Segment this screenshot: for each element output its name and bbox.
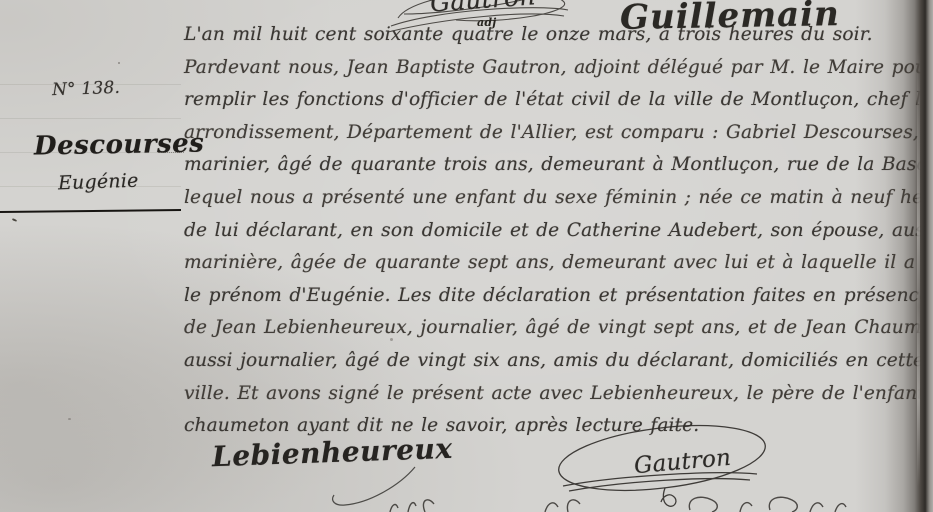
act-line: de Jean Lebienheureux, journalier, âgé d… <box>184 312 924 345</box>
ink-speck <box>390 338 393 341</box>
margin-ruled-line <box>0 118 181 119</box>
ink-speck <box>12 218 17 222</box>
act-line: arrondissement, Département de l'Allier,… <box>184 117 924 150</box>
act-line: lequel nous a présenté une enfant du sex… <box>184 182 924 215</box>
act-line: marinière, âgée de quarante sept ans, de… <box>184 247 924 280</box>
margin-dotted-line <box>158 152 184 153</box>
margin-surname: Descourses <box>34 129 205 162</box>
act-line: de lui déclarant, en son domicile et de … <box>184 215 924 248</box>
act-number: N° 138. <box>52 78 121 100</box>
next-act-partial-line <box>330 494 890 512</box>
ink-speck <box>68 418 71 420</box>
act-line: remplir les fonctions d'officier de l'ét… <box>184 84 924 117</box>
act-line: marinier, âgé de quarante trois ans, dem… <box>184 149 924 182</box>
margin-divider-line <box>0 209 181 213</box>
act-line: ville. Et avons signé le présent acte av… <box>184 378 924 411</box>
ink-speck <box>118 62 120 64</box>
registry-scan-page: N° 138. Descourses Eugénie Gautron adj G… <box>0 0 933 512</box>
act-line: L'an mil huit cent soixante quatre le on… <box>184 19 924 52</box>
act-line: Pardevant nous, Jean Baptiste Gautron, a… <box>184 52 924 85</box>
act-text-block: L'an mil huit cent soixante quatre le on… <box>184 19 924 443</box>
act-line: le prénom d'Eugénie. Les dite déclaratio… <box>184 280 924 313</box>
page-edge-highlight <box>917 0 920 512</box>
act-line: aussi journalier, âgé de vingt six ans, … <box>184 345 924 378</box>
page-edge-shadow <box>855 0 933 512</box>
margin-given-name: Eugénie <box>58 170 139 195</box>
